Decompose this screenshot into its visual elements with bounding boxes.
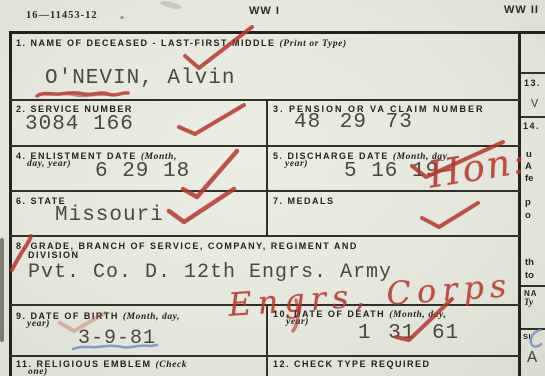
field12-label: 12. CHECK TYPE REQUIRED <box>273 359 431 369</box>
field8-label-line2: DIVISION <box>28 250 80 260</box>
field7-label: 7. MEDALS <box>273 196 335 206</box>
side-column-divider-1 <box>521 72 545 74</box>
side-field13-value: V <box>531 97 539 111</box>
row-divider-2 <box>9 145 521 147</box>
side-type-label-fragment: Ty <box>524 297 533 307</box>
side-typed-fragment: A <box>527 349 538 368</box>
smudge-mark <box>160 0 183 11</box>
handwritten-discharge-note: Hon: <box>425 139 529 197</box>
red-underline-name-second-stroke <box>39 94 110 96</box>
field4-value: 6 29 18 <box>95 160 190 183</box>
row-divider-1 <box>9 99 521 101</box>
row-divider-4 <box>9 235 521 237</box>
side-text-fragment-1: u <box>526 149 532 160</box>
checkmark-medals <box>422 203 478 227</box>
red-underline-name <box>37 93 128 96</box>
field5-value: 5 16 19 <box>344 160 439 183</box>
field9-note2: year) <box>27 319 50 329</box>
field1-value: O'NEVIN, Alvin <box>45 67 235 90</box>
scanned-record-card: 16—11453-12 WW I WW II 1. NAME OF DECEAS… <box>0 0 545 376</box>
side-column-divider-2 <box>521 116 545 118</box>
field10-note2: year) <box>286 317 309 327</box>
column-divider-upper <box>266 99 268 237</box>
checkmark-state <box>169 189 234 222</box>
side-field14-label: 14. <box>523 121 540 131</box>
field2-value: 3084 166 <box>25 113 134 136</box>
ink-dot <box>120 16 124 19</box>
row-divider-6 <box>9 355 521 357</box>
form-border-top <box>9 31 545 34</box>
field10-value: 1 31 61 <box>358 322 459 345</box>
era-label-ww1: WW I <box>249 5 280 17</box>
field9-note1: (Month, day, <box>123 312 180 322</box>
field1-label-text: 1. NAME OF DECEASED - LAST-FIRST-MIDDLE <box>16 38 276 48</box>
side-text-fragment-6: th <box>525 257 534 268</box>
field10-note1: (Month, day, <box>389 310 446 320</box>
side-column-divider-4 <box>521 328 545 330</box>
field9-value: 3-9-81 <box>78 327 156 350</box>
blue-pen-mark-signature <box>531 330 541 347</box>
field3-value: 48 29 73 <box>294 111 413 134</box>
side-text-fragment-3: fe <box>525 173 533 184</box>
side-signature-label-fragment: SI <box>523 332 531 341</box>
side-text-fragment-2: A <box>525 161 532 172</box>
field11-note2: one) <box>28 367 48 376</box>
field1-label: 1. NAME OF DECEASED - LAST-FIRST-MIDDLE … <box>16 38 347 49</box>
era-label-ww2: WW II <box>504 4 539 16</box>
form-border-right <box>518 31 521 376</box>
side-text-fragment-5: o <box>525 210 531 221</box>
side-text-fragment-7: to <box>525 270 534 281</box>
field5-note2: year) <box>285 159 308 169</box>
field4-note2: day, year) <box>27 159 71 169</box>
field11-note1: (Check <box>156 360 188 370</box>
checkmark-service-number <box>179 105 244 134</box>
side-field13-label: 13. <box>524 78 541 88</box>
field1-note: (Print or Type) <box>280 39 347 49</box>
scan-edge-shadow <box>0 238 4 342</box>
side-text-fragment-4: p <box>525 197 531 208</box>
form-border-left <box>9 31 12 376</box>
form-number: 16—11453-12 <box>26 10 98 21</box>
side-column-divider-3 <box>521 285 545 287</box>
field6-value: Missouri <box>55 204 164 227</box>
